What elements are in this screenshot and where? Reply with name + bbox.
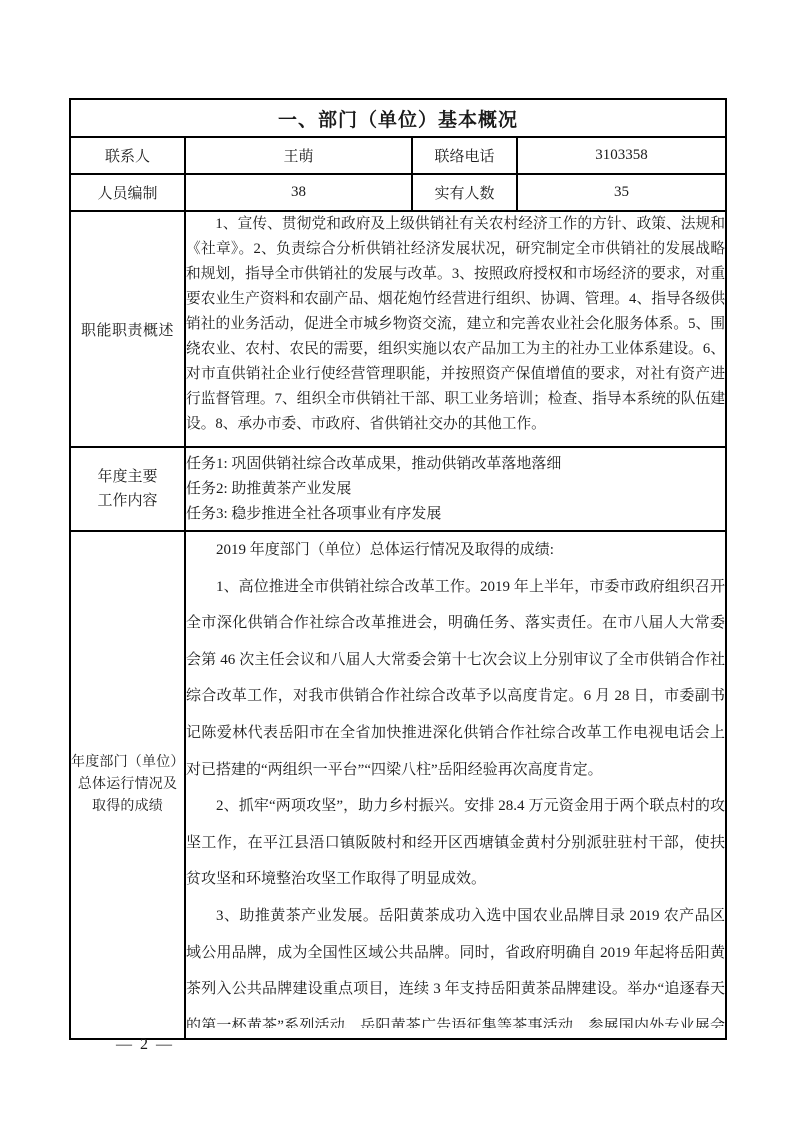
annual-tasks-cell: 任务1: 巩固供销社综合改革成果，推动供销改革落地落细 任务2: 助推黄茶产业发… [185, 447, 726, 531]
annual-tasks-label: 年度主要 工作内容 [70, 447, 185, 531]
page-number: — 2 — [116, 1036, 174, 1054]
table-title: 一、部门（单位）基本概况 [70, 99, 726, 137]
headcount-value: 35 [517, 174, 726, 211]
annual-summary-label-line3: 取得的成绩 [71, 796, 184, 818]
annual-summary-text: 2019 年度部门（单位）总体运行情况及取得的成绩: 1、高位推进全市供销社综合… [186, 532, 725, 1028]
annual-summary-row: 年度部门（单位） 总体运行情况及 取得的成绩 2019 年度部门（单位）总体运行… [70, 531, 726, 1039]
annual-summary-cell: 2019 年度部门（单位）总体运行情况及取得的成绩: 1、高位推进全市供销社综合… [185, 531, 726, 1039]
annual-tasks-label-line2: 工作内容 [71, 489, 184, 513]
overview-table: 一、部门（单位）基本概况 联系人 王萌 联络电话 3103358 人员编制 38… [69, 98, 727, 1040]
contact-label: 联系人 [70, 137, 185, 174]
document-page: 一、部门（单位）基本概况 联系人 王萌 联络电话 3103358 人员编制 38… [0, 0, 793, 1122]
summary-paragraph: 1、高位推进全市供销社综合改革工作。2019 年上半年，市委市政府组织召开全市深… [186, 569, 725, 789]
contact-value: 王萌 [185, 137, 412, 174]
summary-paragraph: 2019 年度部门（单位）总体运行情况及取得的成绩: [186, 532, 725, 569]
annual-summary-label: 年度部门（单位） 总体运行情况及 取得的成绩 [70, 531, 185, 1039]
phone-label: 联络电话 [412, 137, 517, 174]
duties-label: 职能职责概述 [70, 211, 185, 447]
duties-text: 1、宣传、贯彻党和政府及上级供销社有关农村经济工作的方针、政策、法规和《社章》。… [186, 212, 725, 440]
phone-value: 3103358 [517, 137, 726, 174]
annual-summary-label-line1: 年度部门（单位） [71, 752, 184, 774]
duties-row: 职能职责概述 1、宣传、贯彻党和政府及上级供销社有关农村经济工作的方针、政策、法… [70, 211, 726, 447]
staffing-value: 38 [185, 174, 412, 211]
task-item: 任务3: 稳步推进全社各项事业有序发展 [186, 502, 725, 527]
summary-paragraph: 3、助推黄茶产业发展。岳阳黄茶成功入选中国农业品牌目录 2019 农产品区域公用… [186, 898, 725, 1028]
task-item: 任务2: 助推黄茶产业发展 [186, 477, 725, 502]
task-item: 任务1: 巩固供销社综合改革成果，推动供销改革落地落细 [186, 452, 725, 477]
annual-tasks-label-line1: 年度主要 [71, 465, 184, 489]
staffing-label: 人员编制 [70, 174, 185, 211]
table-title-row: 一、部门（单位）基本概况 [70, 99, 726, 137]
annual-tasks-row: 年度主要 工作内容 任务1: 巩固供销社综合改革成果，推动供销改革落地落细 任务… [70, 447, 726, 531]
headcount-label: 实有人数 [412, 174, 517, 211]
staffing-row: 人员编制 38 实有人数 35 [70, 174, 726, 211]
duties-cell: 1、宣传、贯彻党和政府及上级供销社有关农村经济工作的方针、政策、法规和《社章》。… [185, 211, 726, 447]
summary-paragraph: 2、抓牢“两项攻坚”，助力乡村振兴。安排 28.4 万元资金用于两个联点村的攻坚… [186, 788, 725, 898]
contact-row: 联系人 王萌 联络电话 3103358 [70, 137, 726, 174]
annual-summary-label-line2: 总体运行情况及 [71, 774, 184, 796]
